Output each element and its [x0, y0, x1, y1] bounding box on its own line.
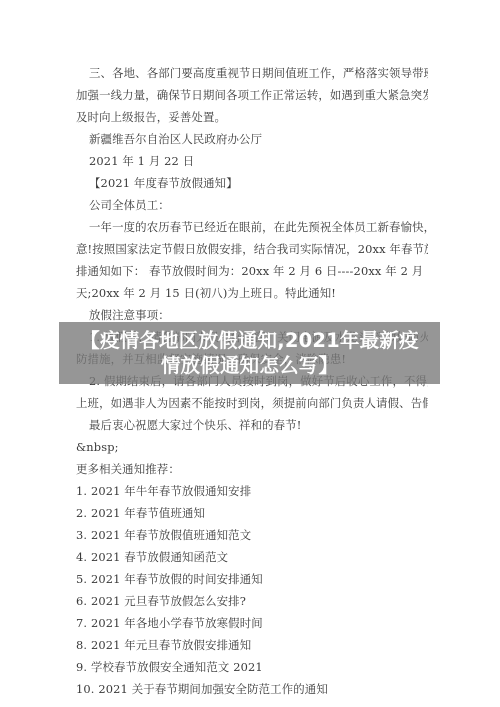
body-line: 意!按照国家法定节假日放假安排，结合我司实际情况，20xx 年春节放假具体安: [76, 238, 428, 260]
body-line: 一年一度的农历春节已经近在眼前，在此先预祝全体员工新春愉快，万事如: [76, 216, 428, 238]
signature: 新疆维吾尔自治区人民政府办公厅: [76, 128, 428, 150]
related-link[interactable]: 10. 2021 关于春节期间加强安全防范工作的通知: [76, 678, 428, 700]
related-link[interactable]: 8. 2021 年元旦春节放假安排通知: [76, 634, 428, 656]
related-link[interactable]: 9. 学校春节放假安全通知范文 2021: [76, 656, 428, 678]
document-page: 三、各地、各部门要高度重视节日期间值班工作，严格落实领导带班制度。 加强一线力量…: [0, 0, 500, 707]
banner-title-line-2: 情放假通知怎么写】: [62, 353, 437, 378]
related-link[interactable]: 2. 2021 年春节值班通知: [76, 502, 428, 524]
greeting: 公司全体员工：: [76, 194, 428, 216]
related-link[interactable]: 1. 2021 年牛年春节放假通知安排: [76, 480, 428, 502]
notes-line: 上班，如遇非人为因素不能按时到岗，须提前向部门负责人请假、告假!: [76, 392, 428, 414]
banner-title-line-1: 【疫情各地区放假通知,2021年最新疫: [62, 328, 437, 353]
paragraph-3-line: 及时向上级报告，妥善处置。: [76, 106, 428, 128]
title-banner: 【疫情各地区放假通知,2021年最新疫 情放假通知怎么写】: [59, 322, 440, 384]
body-line: 天;20xx 年 2 月 15 日(初八)为上班日。特此通知!: [76, 282, 428, 304]
related-link[interactable]: 4. 2021 春节放假通知函范文: [76, 546, 428, 568]
related-link[interactable]: 3. 2021 年春节放假值班通知范文: [76, 524, 428, 546]
nbsp-text: &nbsp;: [76, 436, 428, 458]
related-heading: 更多相关通知推荐：: [76, 458, 428, 480]
paragraph-3-line: 加强一线力量，确保节日期间各项工作正常运转，如遇到重大紧急突发事件，要: [76, 84, 428, 106]
closing-line: 最后衷心祝愿大家过个快乐、祥和的春节!: [76, 414, 428, 436]
related-link[interactable]: 7. 2021 年各地小学春节放寒假时间: [76, 612, 428, 634]
related-link[interactable]: 6. 2021 元旦春节放假怎么安排?: [76, 590, 428, 612]
body-line: 排通知如下： 春节放假时间为：20xx 年 2 月 6 日----20xx 年 …: [76, 260, 428, 282]
paragraph-3-line: 三、各地、各部门要高度重视节日期间值班工作，严格落实领导带班制度。: [76, 62, 428, 84]
related-link[interactable]: 5. 2021 年春节放假的时间安排通知: [76, 568, 428, 590]
notice-title: 【2021 年度春节放假通知】: [76, 172, 428, 194]
date: 2021 年 1 月 22 日: [76, 150, 428, 172]
